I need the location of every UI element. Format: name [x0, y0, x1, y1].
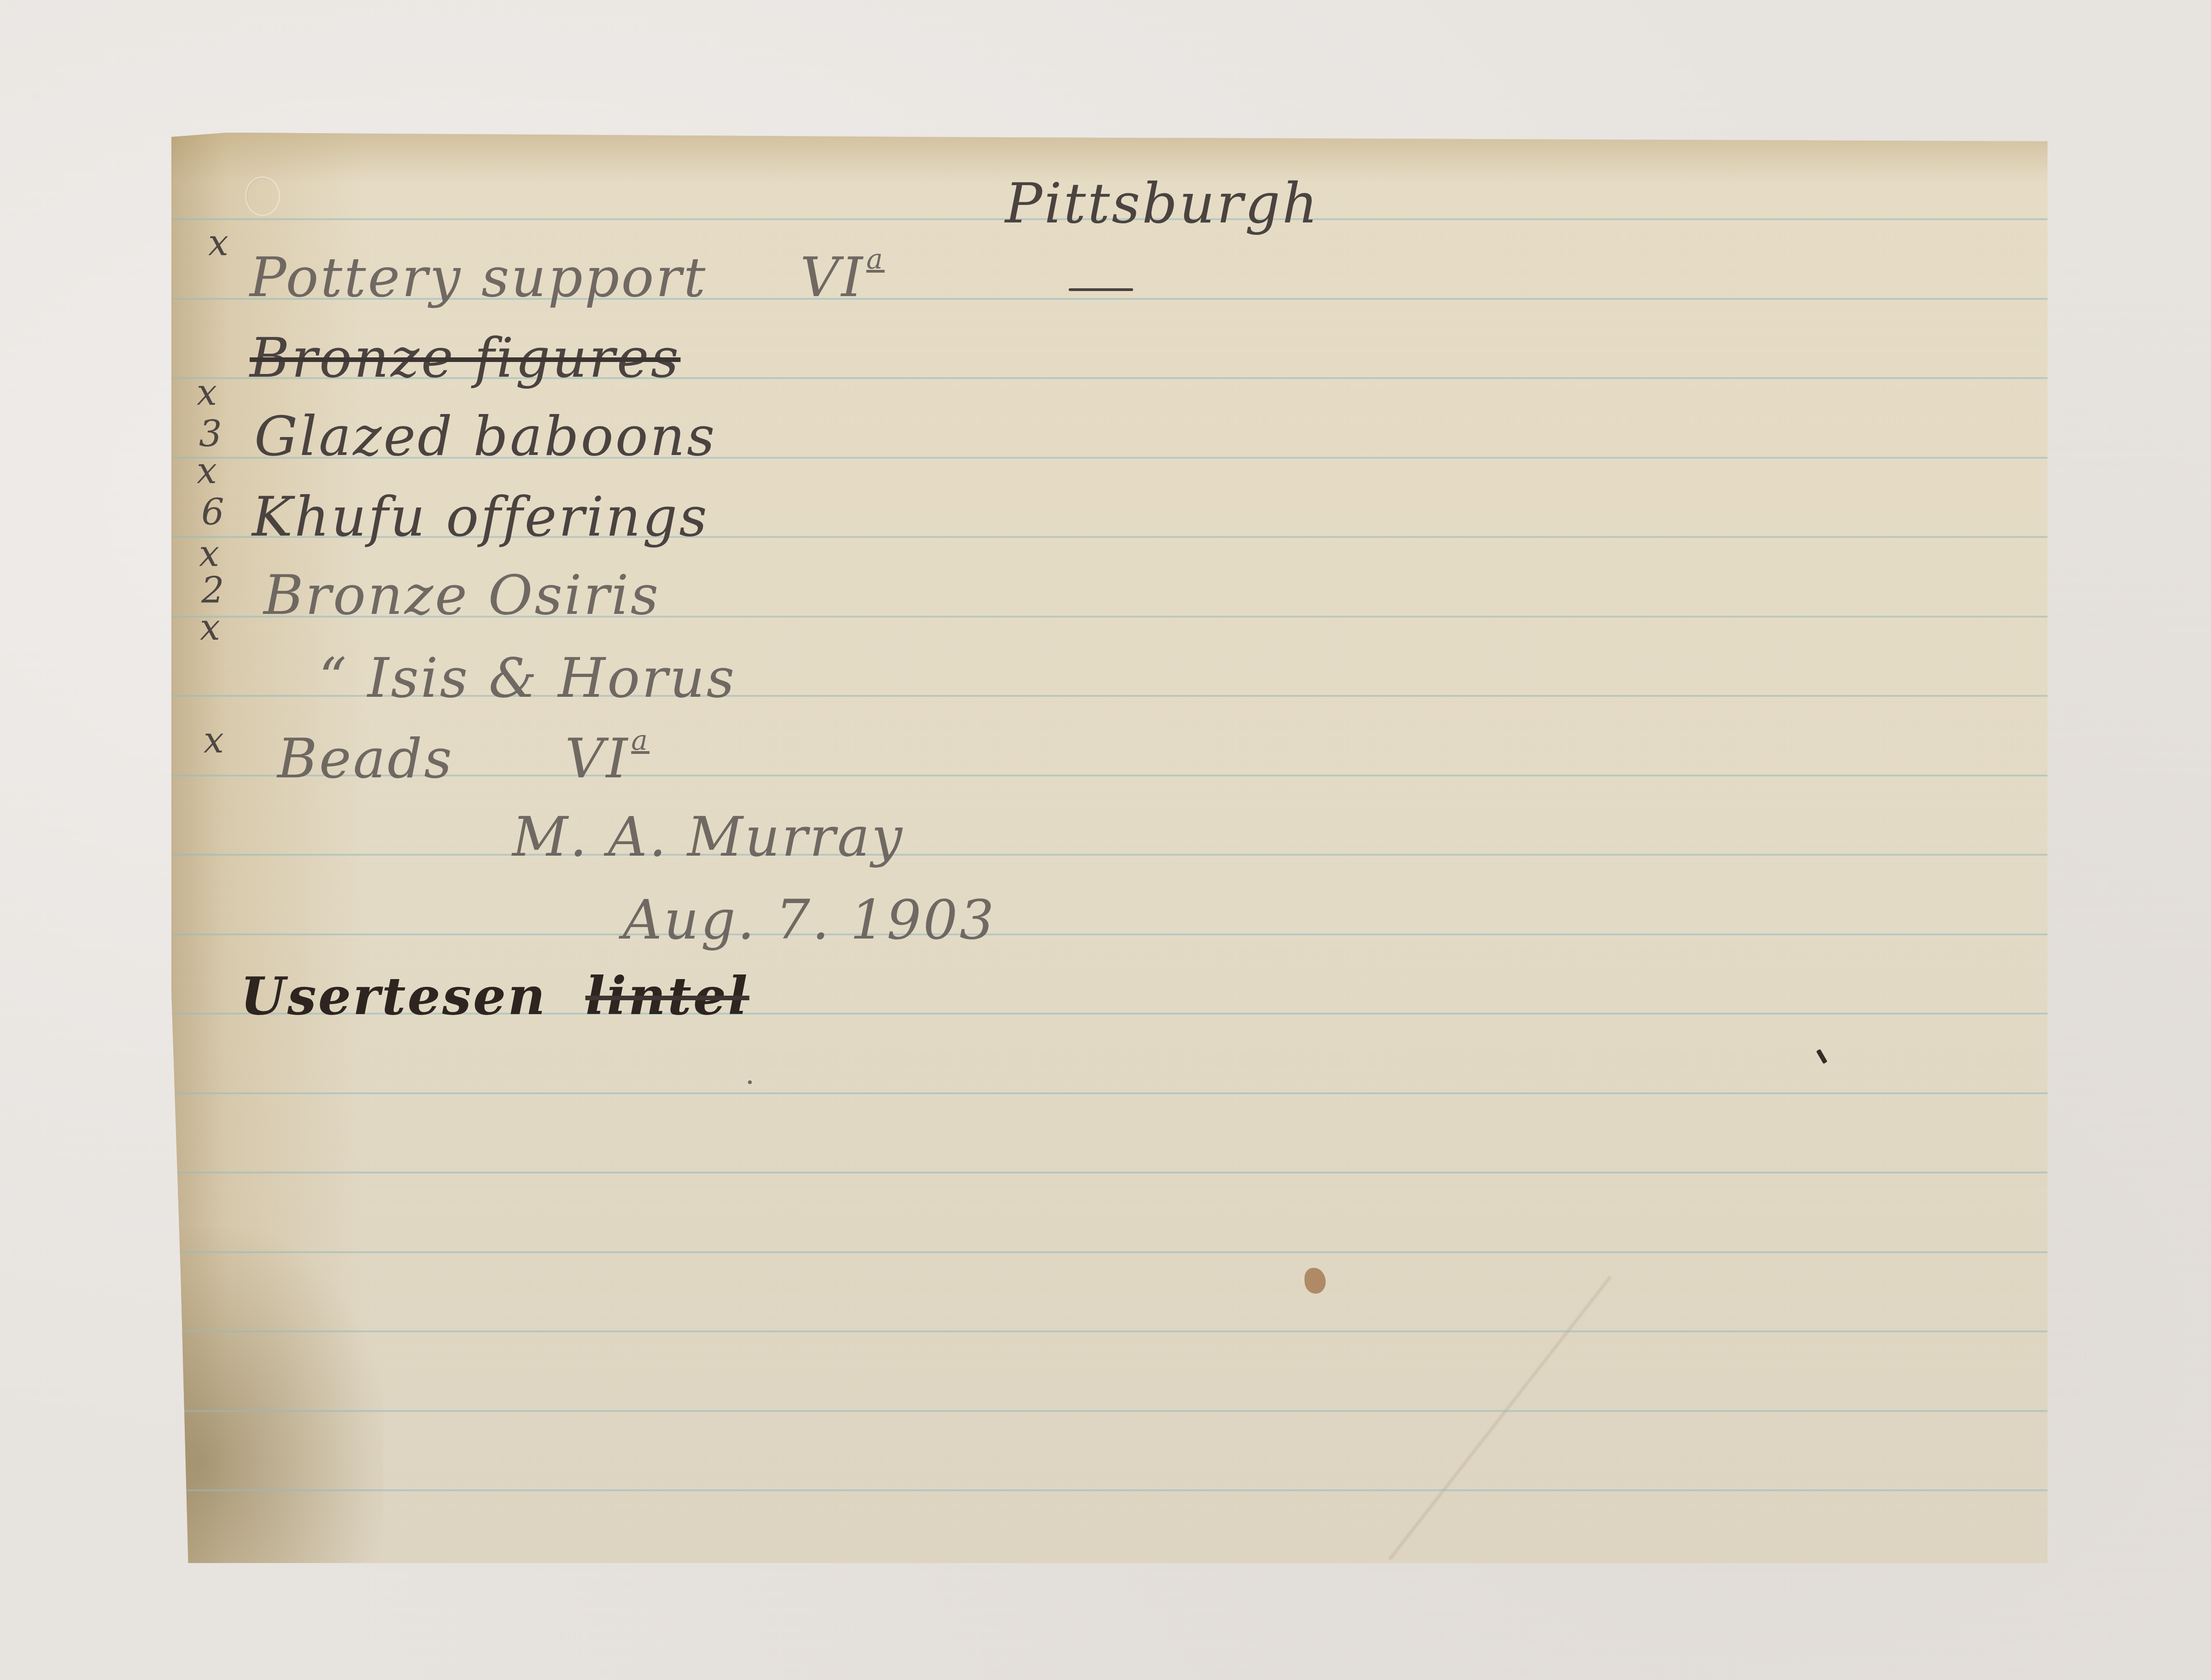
ruled-line [171, 1092, 2047, 1094]
signature: M. A. Murray [512, 805, 904, 869]
ruled-line [171, 1489, 2047, 1491]
ink-note: Usertesen lintel [240, 966, 749, 1027]
ink-fleck [1816, 1049, 1828, 1064]
ruled-line [171, 933, 2047, 935]
embossed-stationery-mark [245, 176, 280, 216]
date: Aug. 7. 1903 [623, 888, 996, 951]
ruled-line [171, 1172, 2047, 1173]
paper-speck [748, 1080, 752, 1084]
list-item: Bronze Osiris [263, 563, 660, 627]
check-mark: x [197, 372, 219, 414]
ruled-paper-sheet: Pittsburgh x Pottery support VIa Bronze … [171, 133, 2047, 1563]
ink-note-struck-word: lintel [585, 966, 749, 1027]
item-period-sup: a [631, 724, 649, 757]
heading-dash [1069, 288, 1133, 291]
item-quantity: 6 [201, 492, 226, 533]
item-quantity: 2 [201, 570, 226, 612]
ruled-line [171, 1330, 2047, 1332]
list-item: Glazed baboons [254, 404, 716, 468]
list-item: Beads VIa [277, 727, 649, 790]
item-text: Pottery support [250, 245, 707, 309]
ruled-line [171, 1251, 2047, 1253]
check-mark: x [204, 720, 226, 761]
check-mark: x [199, 533, 221, 575]
list-item: Khufu offerings [252, 485, 709, 548]
ink-note-word: Usertesen [240, 966, 547, 1027]
check-mark: x [197, 450, 219, 492]
item-period: VI [565, 727, 630, 790]
item-period-sup: a [866, 243, 885, 275]
check-mark: x [200, 607, 222, 648]
paper-crease [1387, 1275, 1613, 1561]
rust-spot [1304, 1268, 1326, 1294]
item-text: Beads [277, 727, 454, 790]
ruled-line [171, 1410, 2047, 1412]
list-item: “ Isis & Horus [319, 646, 736, 710]
ruled-line [171, 854, 2047, 856]
water-stain [171, 1229, 383, 1563]
list-item: Pottery support VIa [250, 245, 885, 309]
item-quantity: 3 [199, 414, 224, 455]
check-mark: x [208, 222, 230, 264]
document-heading: Pittsburgh [1005, 172, 1320, 236]
list-item-struck: Bronze figures [250, 326, 680, 390]
item-period: VI [800, 245, 865, 309]
